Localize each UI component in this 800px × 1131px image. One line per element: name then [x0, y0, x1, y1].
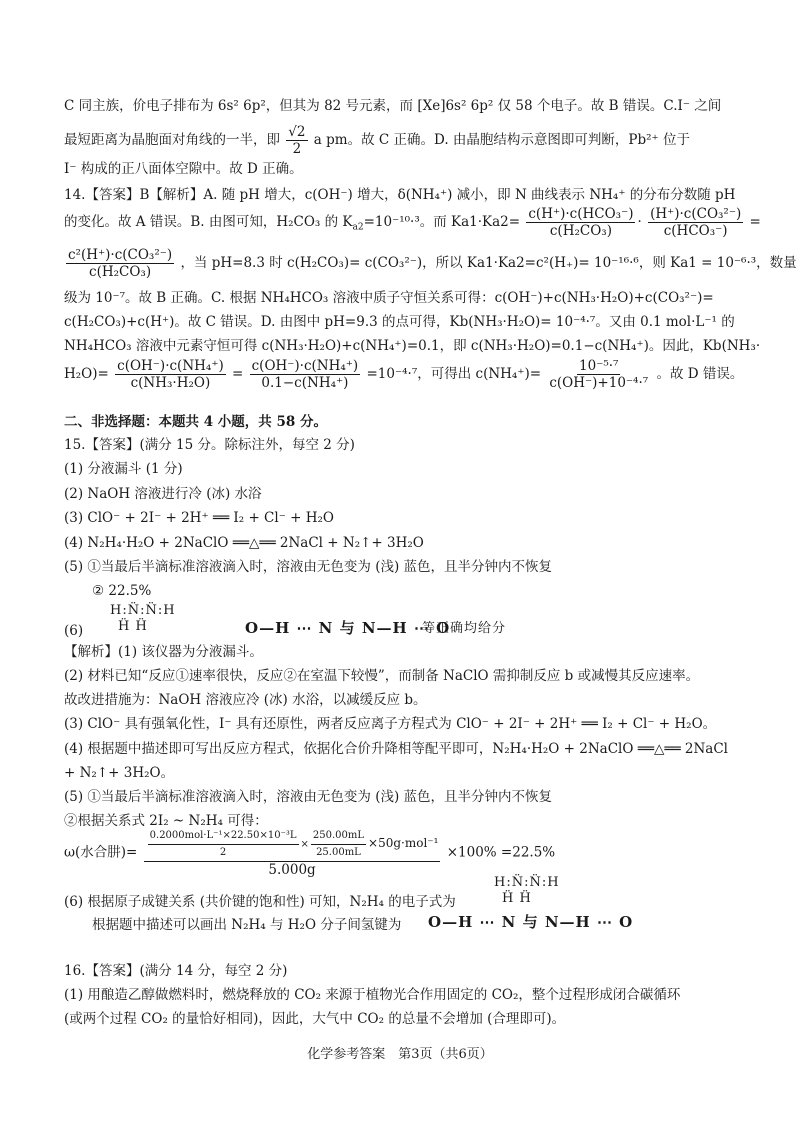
- n2h4-lewis-structure-top-2: H:N̈:N̈:H: [494, 876, 560, 889]
- q13-text-2b: a pm。故 C 正确。D. 由晶胞结构示意图即可判断，Pb²⁺ 位于: [314, 132, 690, 148]
- q15-answer-5-2: ② 22.5%: [92, 582, 754, 600]
- q15-explain-6-2: 根据题中描述可以画出 N₂H₄ 与 H₂O 分子间氢键为: [92, 916, 754, 934]
- q14-text-2a: 的变化。故 A 错误。B. 由图可知，H₂CO₃ 的 K: [64, 214, 353, 230]
- ka1-fraction: c(H⁺)·c(HCO₃⁻)c(H₂CO₃): [526, 206, 635, 239]
- kb-fraction-2: c(OH⁻)·c(NH₄⁺)0.1−c(NH₄⁺): [250, 358, 361, 391]
- q15-explain-4: (4) 根据题中描述即可写出反应方程式，依据化合价升降相等配平即可，N₂H₄·H…: [64, 740, 754, 758]
- q16-answer-1-line-2: (或两个过程 CO₂ 的量恰好相同)，因此，大气中 CO₂ 的总量不会增加 (合…: [64, 1010, 754, 1028]
- q15-answer-3: (3) ClO⁻ + 2I⁻ + 2H⁺ ══ I₂ + Cl⁻ + H₂O: [64, 509, 754, 527]
- q14-line-7: H₂O)= c(OH⁻)·c(NH₄⁺)c(NH₃·H₂O) = c(OH⁻)·…: [64, 358, 754, 391]
- hydrogen-bond-formula-2: O—H ⋯ N 与 N—H ⋯ O: [428, 916, 633, 929]
- q15-explain-2: (2) 材料已知“反应①速率很快，反应②在室温下较慢”，而制备 NaClO 需抑…: [64, 667, 754, 685]
- mass-fraction-formula: ω(水合肼)= 0.2000mol·L⁻¹×22.50×10⁻³L2×250.0…: [64, 828, 754, 878]
- moles-fraction: 0.2000mol·L⁻¹×22.50×10⁻³L2: [148, 828, 299, 861]
- q14-line-4: 级为 10⁻⁷。故 B 正确。C. 根据 NH₄HCO₃ 溶液中质子守恒关系可得…: [64, 289, 754, 307]
- n2h4-lewis-structure-bottom: Ḧ Ḧ: [118, 620, 148, 633]
- q14-line-3: c²(H⁺)·c(CO₃²⁻)c(H₂CO₃) ，当 pH=8.3 时 c(H₂…: [64, 247, 754, 280]
- q15-answer-6-note: 等正确均给分: [422, 622, 506, 635]
- section-heading: 二、非选择题：本题共 4 小题，共 58 分。: [64, 413, 754, 431]
- sqrt2-over-2-fraction: √22: [286, 124, 307, 157]
- mass-fraction-label: ω(水合肼)=: [64, 845, 137, 861]
- q15-explain-6-1: (6) 根据原子成键关系 (共价键的饱和性) 可知，N₂H₄ 的电子式为: [64, 893, 754, 911]
- q15-explain-5-1: (5) ①当最后半滴标准溶液滴入时，溶液由无色变为 (浅) 蓝色，且半分钟内不恢…: [64, 788, 754, 806]
- page-footer: 化学参考答案 第3页（共6页）: [0, 1043, 800, 1062]
- q13-line-3: I⁻ 构成的正八面体空隙中。故 D 正确。: [64, 160, 754, 178]
- q16-title: 16.【答案】(满分 14 分，每空 2 分): [64, 962, 754, 980]
- ka2-fraction: (H⁺)·c(CO₃²⁻)c(HCO₃⁻): [648, 206, 743, 239]
- nh4-fraction: 10⁻⁵·⁷c(OH⁻)+10⁻⁴·⁷: [547, 358, 650, 391]
- q15-title: 15.【答案】(满分 15 分。除标注外，每空 2 分): [64, 436, 754, 454]
- n2h4-lewis-structure-bottom-2: Ḧ Ḧ: [502, 892, 532, 905]
- q14-line-6: NH₄HCO₃ 溶液中元素守恒可得 c(NH₃·H₂O)+c(NH₄⁺)=0.1…: [64, 337, 754, 355]
- q14-text-7c: 。故 D 错误。: [656, 366, 743, 382]
- q13-line-2: 最短距离为晶胞面对角线的一半，即 √22 a pm。故 C 正确。D. 由晶胞结…: [64, 124, 754, 157]
- q15-answer-2: (2) NaOH 溶液进行冷 (冰) 水浴: [64, 485, 754, 503]
- hydrogen-bond-formula: O—H ⋯ N 与 N—H ⋯ O: [245, 622, 450, 635]
- q14-line-1: 14.【答案】B【解析】A. 随 pH 增大，c(OH⁻) 增大，δ(NH₄⁺)…: [64, 186, 754, 204]
- q16-answer-1-line-1: (1) 用酿造乙醇做燃料时，燃烧释放的 CO₂ 来源于植物光合作用固定的 CO₂…: [64, 986, 754, 1004]
- q14-text-7a: H₂O)=: [64, 366, 109, 382]
- q14-line-5: c(H₂CO₃)+c(H⁺)。故 C 错误。D. 由图中 pH=9.3 的点可得…: [64, 313, 754, 331]
- q15-explain-1: 【解析】(1) 该仪器为分液漏斗。: [64, 643, 754, 661]
- q14-text-7b: =10⁻⁴·⁷，可得出 c(NH₄⁺)=: [367, 366, 542, 382]
- q14-text-3: ，当 pH=8.3 时 c(H₂CO₃)= c(CO₃²⁻)，所以 Ka1·Ka…: [180, 255, 796, 271]
- mass-fraction-result: ×100% =22.5%: [447, 845, 555, 861]
- volume-ratio-fraction: 250.00mL25.00mL: [311, 828, 366, 861]
- kb-fraction-1: c(OH⁻)·c(NH₄⁺)c(NH₃·H₂O): [115, 358, 226, 391]
- q15-explain-3: (3) ClO⁻ 具有强氧化性，I⁻ 具有还原性，两者反应离子方程式为 ClO⁻…: [64, 715, 754, 733]
- q13-text-2a: 最短距离为晶胞面对角线的一半，即: [64, 132, 280, 148]
- q14-line-2: 的变化。故 A 错误。B. 由图可知，H₂CO₃ 的 Ka2=10⁻¹⁰·³。而…: [64, 206, 754, 239]
- q15-answer-5-1: (5) ①当最后半滴标准溶液滴入时，溶液由无色变为 (浅) 蓝色，且半分钟内不恢…: [64, 558, 754, 576]
- mass-fraction-big-fraction: 0.2000mol·L⁻¹×22.50×10⁻³L2×250.00mL25.00…: [144, 828, 441, 878]
- q15-explain-4b: + N₂↑+ 3H₂O。: [64, 764, 754, 782]
- q13-line-1: C 同主族，价电子排布为 6s² 6p²，但其为 82 号元素，而 [Xe]6s…: [64, 97, 754, 115]
- q15-explain-2b: 故改进措施为：NaOH 溶液应冷 (冰) 水浴，以减缓反应 b。: [64, 691, 754, 709]
- n2h4-lewis-structure-top: H:N̈:N̈:H: [110, 604, 176, 617]
- q15-answer-1: (1) 分液漏斗 (1 分): [64, 460, 754, 478]
- mass-fraction-numerator: 0.2000mol·L⁻¹×22.50×10⁻³L2×250.00mL25.00…: [144, 828, 441, 862]
- q15-answer-4: (4) N₂H₄·H₂O + 2NaClO ══△══ 2NaCl + N₂↑+…: [64, 534, 754, 552]
- q14-text-2b: =10⁻¹⁰·³。而 Ka1·Ka2=: [364, 214, 520, 230]
- ka-product-fraction: c²(H⁺)·c(CO₃²⁻)c(H₂CO₃): [66, 247, 174, 280]
